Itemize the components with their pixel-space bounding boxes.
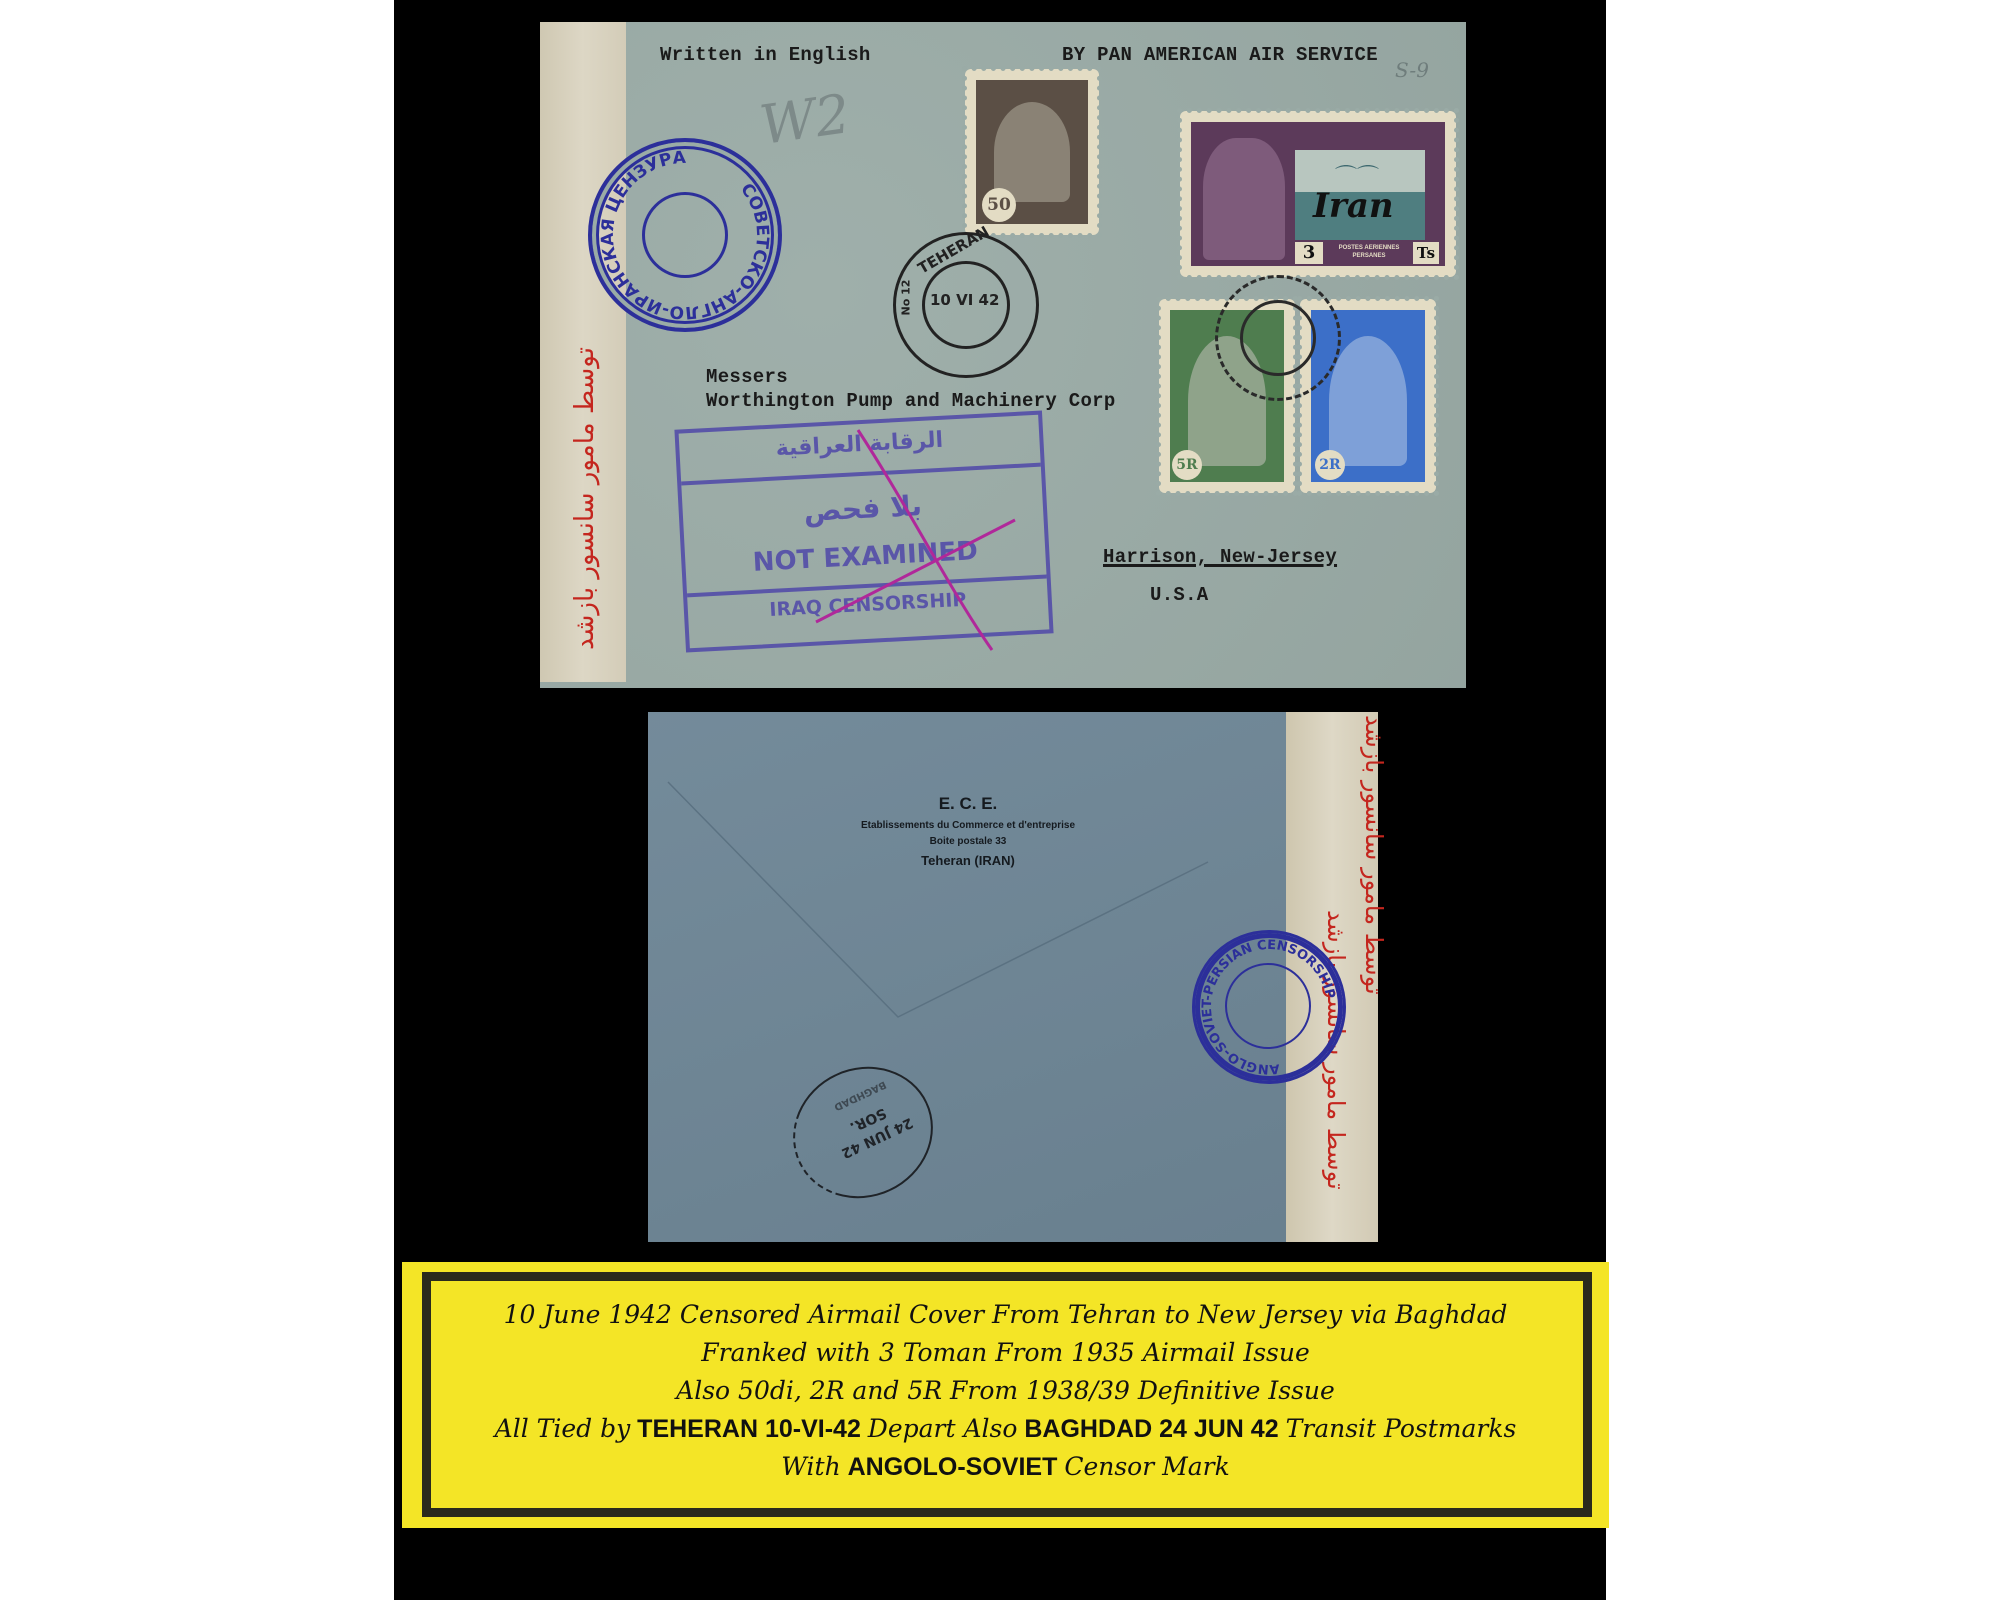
postmark-inner-ring: [1240, 300, 1316, 376]
caption-line-4-e: Transit Postmarks: [1286, 1414, 1517, 1443]
front-censor-strip-text: توسط مامور سانسور بازشد: [570, 347, 600, 650]
caption-line-1: 10 June 1942 Censored Airmail Cover From…: [402, 1300, 1609, 1329]
sender-box: Boite postale 33: [648, 836, 1288, 847]
caption-line-5-b: ANGOLO-SOVIET: [848, 1453, 1058, 1481]
postmark-date: 10 VI 42: [930, 291, 999, 309]
caption-line-5-c: Censor Mark: [1064, 1452, 1229, 1481]
addressee-country: U.S.A: [1150, 584, 1209, 606]
caption-line-4-c: Depart Also: [868, 1414, 1018, 1443]
teheran-postmark-second: [1215, 275, 1341, 401]
caption-line-4-a: All Tied by: [495, 1414, 631, 1443]
stamp-airmail-frame: ⌒⌒ Iran 3 POSTES AERIENNES PERSANES Ts: [1191, 122, 1445, 266]
back-censor-strip-text: توسط مامور سانسور بازشد: [1360, 715, 1388, 995]
stamp-50-dinar-frame: 50: [976, 80, 1088, 224]
caption-line-4-d: BAGHDAD 24 JUN 42: [1024, 1415, 1278, 1443]
addressee-line-messers: Messers: [706, 366, 788, 388]
header-written-in-english: Written in English: [660, 44, 871, 66]
svg-text:ANGLO-SOVIET-PERSIAN CENSORSHI: ANGLO-SOVIET-PERSIAN CENSORSHIP: [1192, 930, 1346, 1084]
header-pan-american-air-service: BY PAN AMERICAN AIR SERVICE: [1062, 44, 1378, 66]
caption-line-3: Also 50di, 2R and 5R From 1938/39 Defini…: [402, 1376, 1609, 1405]
stamp-value: 50: [982, 188, 1016, 222]
stamp-value: 2R: [1315, 450, 1345, 480]
anglo-soviet-censor-circle-text: ANGLO-SOVIET-PERSIAN CENSORSHIP: [1192, 930, 1346, 1084]
sender-city: Teheran (IRAN): [648, 853, 1288, 868]
stamp-value: 5R: [1172, 450, 1202, 480]
airmail-scene: ⌒⌒ Iran: [1295, 150, 1425, 240]
caption-line-2: Franked with 3 Toman From 1935 Airmail I…: [402, 1338, 1609, 1367]
iran-overprint: Iran: [1313, 186, 1394, 226]
postmark-number: No 12: [899, 280, 912, 316]
shah-portrait-icon: [994, 102, 1070, 202]
teheran-postmark: TEHERAN 10 VI 42 No 12: [893, 232, 1039, 378]
svg-text:СОВЕТСКО-АНГЛО-ИРАНСКАЯ ЦЕНЗУР: СОВЕТСКО-АНГЛО-ИРАНСКАЯ ЦЕНЗУРА: [588, 138, 782, 332]
stamp-value: 3: [1295, 242, 1323, 264]
caption-line-4: All Tied by TEHERAN 10-VI-42 Depart Also…: [402, 1414, 1609, 1444]
caption-line-5: With ANGOLO-SOVIET Censor Mark: [402, 1452, 1609, 1482]
sender-name: Etablissements du Commerce et d'entrepri…: [648, 820, 1288, 831]
caption-line-4-b: TEHERAN 10-VI-42: [637, 1415, 861, 1443]
shah-portrait-icon: [1203, 138, 1285, 260]
addressee-city: Harrison, New-Jersey: [1103, 546, 1337, 568]
stamp-50-dinar: 50: [968, 72, 1096, 232]
stamp-currency: Ts: [1413, 242, 1439, 264]
caption-label: 10 June 1942 Censored Airmail Cover From…: [402, 1262, 1609, 1528]
sender-initials: E. C. E.: [648, 794, 1288, 814]
soviet-censor-circle-text: СОВЕТСКО-АНГЛО-ИРАНСКАЯ ЦЕНЗУРА: [588, 138, 782, 332]
stamp-caption: POSTES AERIENNES PERSANES: [1327, 244, 1411, 260]
magenta-cross-mark: [680, 400, 1060, 660]
shah-portrait-icon: [1329, 336, 1407, 466]
pencil-note-s9: S-9: [1395, 58, 1429, 82]
stamp-3-toman-airmail: ⌒⌒ Iran 3 POSTES AERIENNES PERSANES Ts: [1183, 114, 1453, 274]
caption-line-5-a: With: [781, 1452, 840, 1481]
